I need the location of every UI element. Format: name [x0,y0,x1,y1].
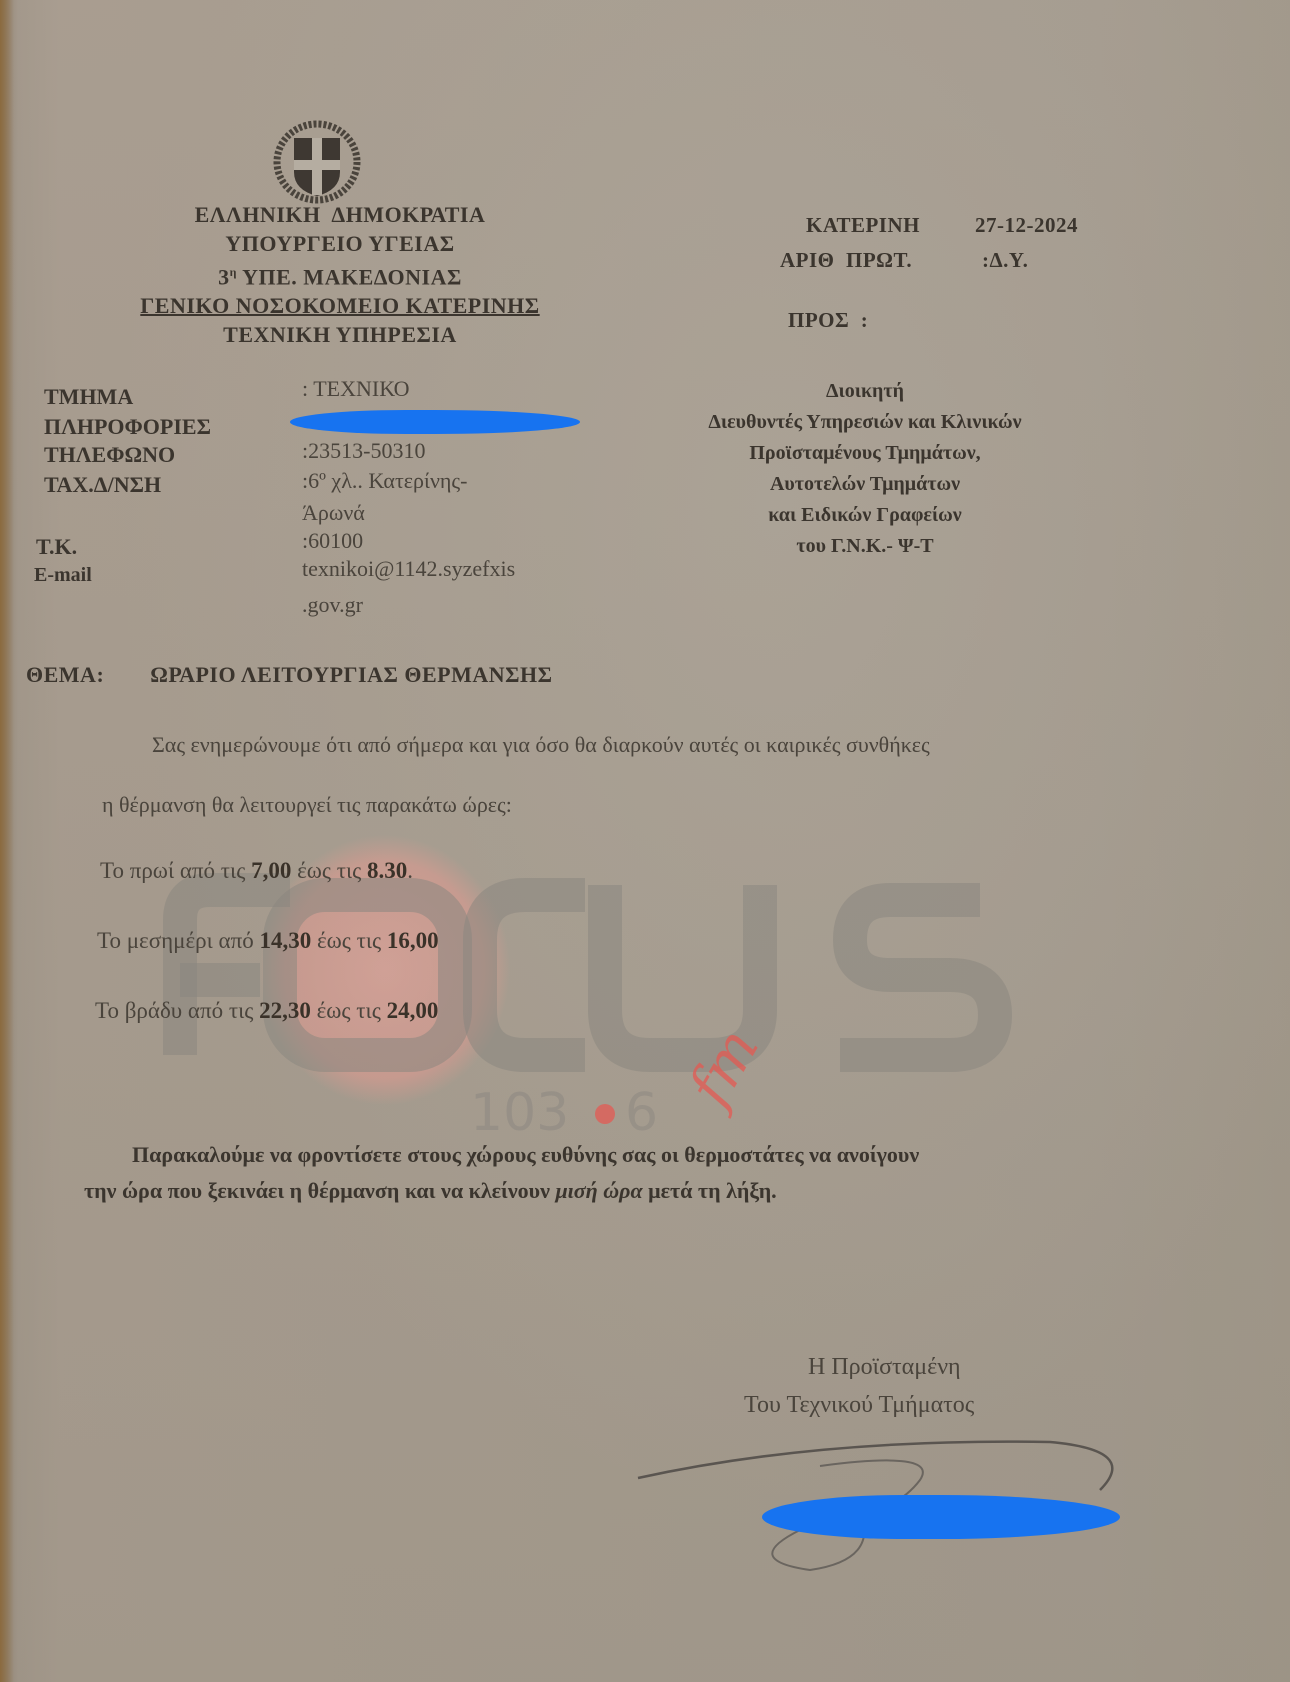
recipient: Διευθυντές Υπηρεσιών και Κλινικών [625,407,1105,438]
morning-end: 8.30 [367,858,407,883]
recipients-list: Διοικητή Διευθυντές Υπηρεσιών και Κλινικ… [625,376,1105,562]
evening-end: 24,00 [387,998,439,1023]
noon-end: 16,00 [387,928,439,953]
desk-edge [0,0,14,1682]
intro-line-2: η θέρμανση θα λειτουργεί τις παρακάτω ώρ… [102,792,512,818]
greek-coat-of-arms-icon [272,120,362,205]
subject-label: ΘΕΜΑ: [26,662,104,687]
document-date: 27-12-2024 [975,213,1078,238]
protocol-number-value: :Δ.Υ. [982,248,1028,273]
schedule-evening: Το βράδυ από τις 22,30 έως τις 24,00 [95,998,438,1024]
redacted-signatory-name [762,1495,1120,1539]
subject-text: ΩΡΑΡΙΟ ΛΕΙΤΟΥΡΓΙΑΣ ΘΕΡΜΑΝΣΗΣ [150,662,552,687]
evening-start: 22,30 [259,998,311,1023]
issuer-line-republic: ΕΛΛΗΝΙΚΗ ΔΗΜΟΚΡΑΤΙΑ [110,200,570,229]
signatory-department: Του Τεχνικού Τμήματος [744,1392,974,1419]
to-label: ΠΡΟΣ : [788,308,868,333]
recipient: Διοικητή [625,376,1105,407]
issuer-line-ministry: ΥΠΟΥΡΓΕΙΟ ΥΓΕΙΑΣ [110,229,570,258]
noon-start: 14,30 [259,928,311,953]
issuer-line-hospital: ΓΕΝΙΚΟ ΝΟΣΟΚΟΜΕΙΟ ΚΑΤΕΡΙΝΗΣ [110,291,570,320]
intro-line-1: Σας ενημερώνουμε ότι από σήμερα και για … [152,732,930,758]
request-line-1: Παρακαλούμε να φροντίσετε στους χώρους ε… [132,1142,919,1168]
recipient: Προϊσταμένους Τμημάτων, [625,438,1105,469]
signatory-title: Η Προϊσταμένη [808,1354,961,1381]
issuer-header: ΕΛΛΗΝΙΚΗ ΔΗΜΟΚΡΑΤΙΑ ΥΠΟΥΡΓΕΙΟ ΥΓΕΙΑΣ 3η … [110,200,570,349]
issuer-line-service: ΤΕΧΝΙΚΗ ΥΠΗΡΕΣΙΑ [110,320,570,349]
recipient: και Ειδικών Γραφείων [625,500,1105,531]
request-line-2: την ώρα που ξεκινάει η θέρμανση και να κ… [84,1178,777,1204]
place: ΚΑΤΕΡΙΝΗ [806,213,920,238]
subject-line: ΘΕΜΑ: ΩΡΑΡΙΟ ΛΕΙΤΟΥΡΓΙΑΣ ΘΕΡΜΑΝΣΗΣ [26,662,553,688]
issuer-line-region: 3η ΥΠΕ. ΜΑΚΕΔΟΝΙΑΣ [110,258,570,291]
redacted-contact-name [290,410,580,434]
schedule-morning: Το πρωί από τις 7,00 έως τις 8.30. [100,858,413,884]
recipient: του Γ.Ν.Κ.- Ψ-Τ [625,531,1105,562]
schedule-noon: Το μεσημέρι από 14,30 έως τις 16,00 [97,928,439,954]
protocol-number-label: ΑΡΙΘ ΠΡΩΤ. [780,248,912,273]
recipient: Αυτοτελών Τμημάτων [625,469,1105,500]
morning-start: 7,00 [251,858,291,883]
